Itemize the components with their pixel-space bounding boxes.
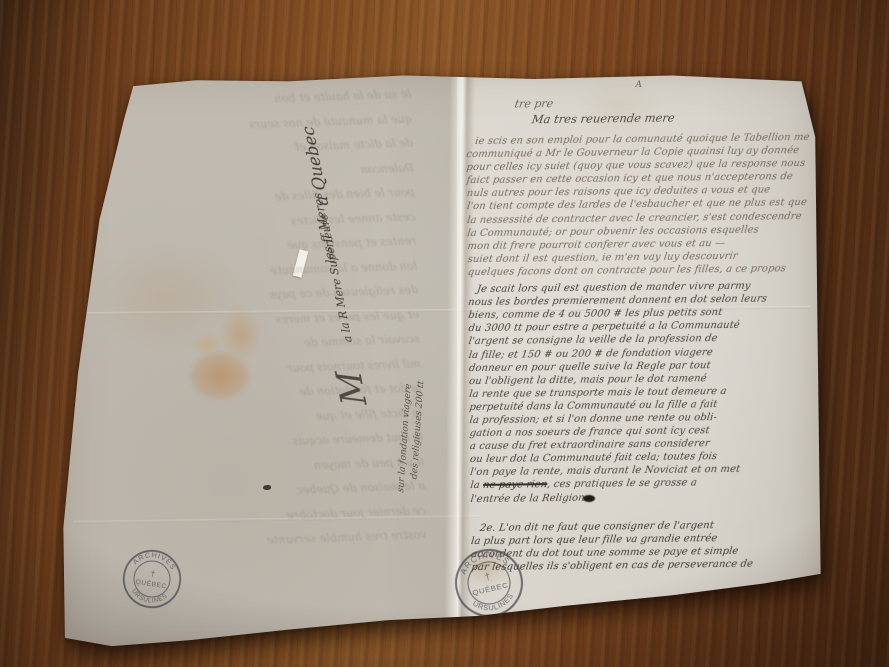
photograph: le su de la haulte et bonque la munauté … [0,0,889,667]
photo-vignette [0,0,889,667]
